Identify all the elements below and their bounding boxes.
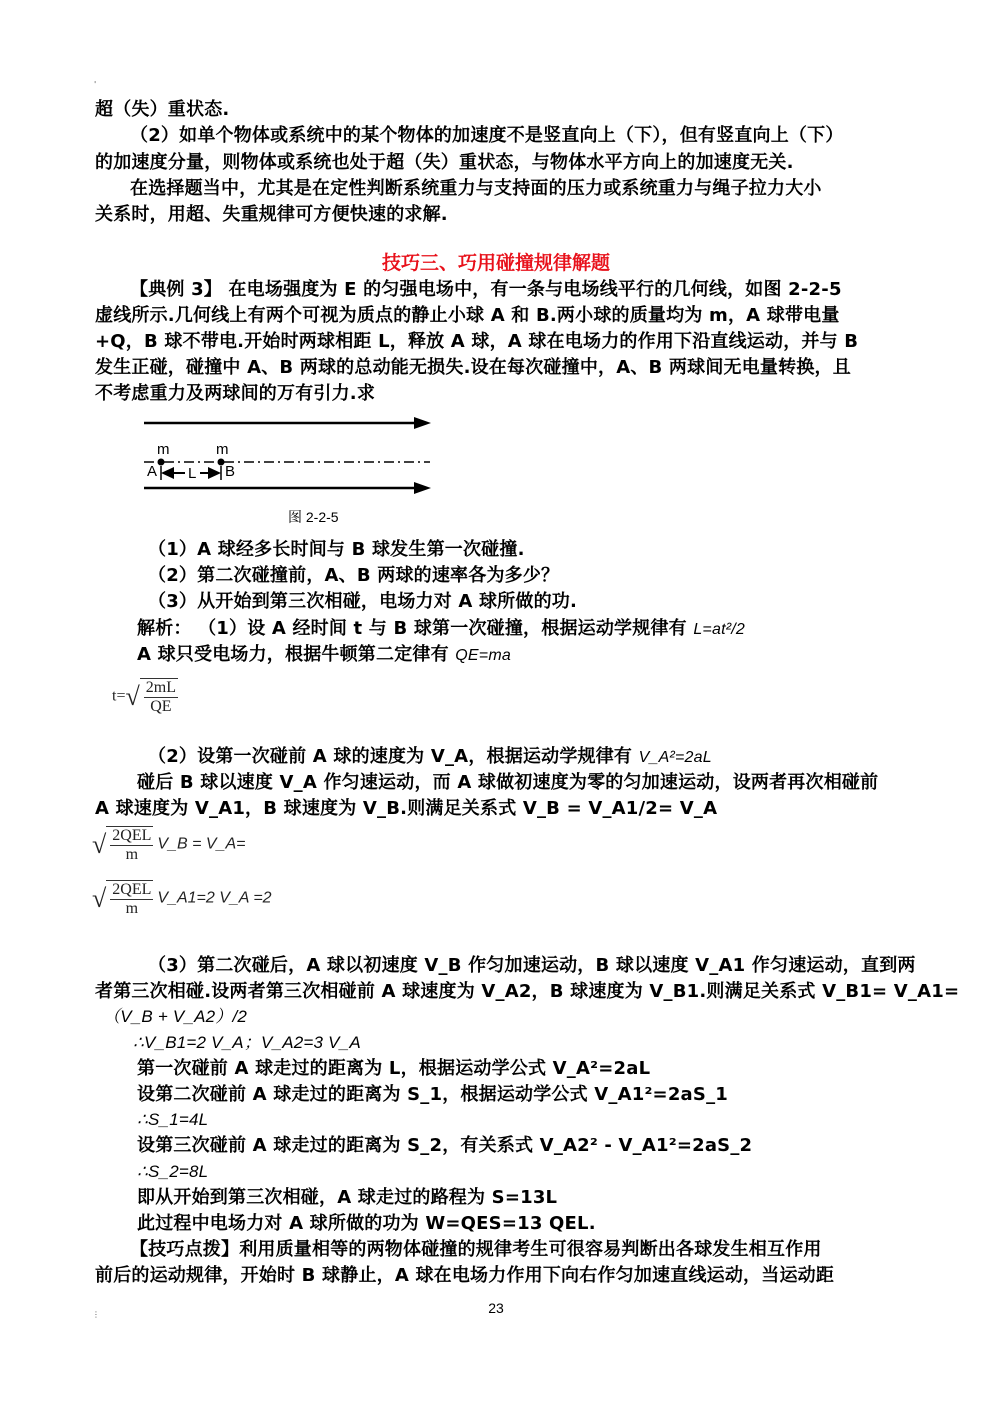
- solution-label: 解析：: [137, 618, 192, 639]
- solution-step-3-line8: 设第三次碰前 A 球走过的距离为 S_2，有关系式 V_A2² - V_A1²=…: [137, 1134, 752, 1158]
- fraction: 2QELm: [106, 880, 153, 918]
- document-page: ' 超（失）重状态. （2）如单个物体或系统中的某个物体的加速度不是竖直向上（下…: [0, 0, 992, 1402]
- intro-para3-line2: 关系时，用超、失重规律可方便快速的求解.: [95, 203, 448, 227]
- section-heading: 技巧三、巧用碰撞规律解题: [0, 251, 992, 275]
- solution-step-3-line3: （V_B + V_A2）/2: [103, 1005, 247, 1029]
- question-3: （3）从开始到第三次相碰，电场力对 A 球所做的功.: [148, 590, 577, 614]
- example-line-3: +Q，B 球不带电.开始时两球相距 L，释放 A 球，A 球在电场力的作用下沿直…: [95, 330, 858, 354]
- example-line-4: 发生正碰，碰撞中 A、B 两球的总动能无损失.设在每次碰撞中，A、B 两球间无电…: [95, 356, 851, 380]
- page-number: 23: [0, 1300, 992, 1316]
- solution-step-2b-line1: 碰后 B 球以速度 V_A 作匀速运动，而 A 球做初速度为零的匀加速运动，设两…: [137, 771, 878, 795]
- example-line-2: 虚线所示.几何线上有两个可视为质点的静止小球 A 和 B.两小球的质量均为 m，…: [95, 304, 840, 328]
- solution-step-3-line11: 此过程中电场力对 A 球所做的功为 W=QES=13 QEL.: [137, 1212, 596, 1236]
- point-label-b: B: [225, 463, 235, 480]
- solution-step-3-line2: 者第三次相碰.设两者第三次相碰前 A 球速度为 V_A2，B 球速度为 V_B1…: [95, 980, 959, 1004]
- solution-step-1b-text: A 球只受电场力，根据牛顿第二定律有: [137, 644, 449, 665]
- formula-va2-2al: V_A²=2aL: [639, 749, 712, 766]
- solution-step-2: （2）设第一次碰前 A 球的速度为 V_A，根据运动学规律有 V_A²=2aL: [148, 745, 712, 770]
- formula-qe-ma: QE=ma: [455, 647, 511, 664]
- sqrt-symbol: √: [125, 682, 139, 711]
- fraction-denominator: QE: [144, 698, 178, 716]
- solution-step-3-line6: 设第二次碰前 A 球走过的距离为 S_1，根据运动学公式 V_A1²=2aS_1: [137, 1083, 728, 1107]
- equation-vb-va: V_B = V_A=: [157, 836, 245, 853]
- solution-step-2b-line2: A 球速度为 V_A1，B 球速度为 V_B.则满足关系式 V_B = V_A1…: [95, 797, 717, 821]
- intro-para2-line2: 的加速度分量，则物体或系统也处于超（失）重状态，与物体水平方向上的加速度无关.: [95, 151, 794, 175]
- fraction: 2mLQE: [140, 678, 178, 716]
- example-line-5: 不考虑重力及两球间的万有引力.求: [95, 382, 375, 406]
- formula-vb-root: √2QELm V_B = V_A=: [92, 826, 245, 864]
- margin-mark: ⋮: [92, 1310, 100, 1319]
- figure-electric-field-diagram: [138, 412, 448, 502]
- fraction-denominator: m: [110, 846, 153, 864]
- formula-t-prefix: t=: [112, 688, 125, 705]
- fraction-denominator: m: [110, 900, 153, 918]
- example-label: 【典例 3】: [130, 279, 222, 300]
- question-1: （1）A 球经多长时间与 B 球发生第一次碰撞.: [148, 538, 525, 562]
- solution-step-2-text: （2）设第一次碰前 A 球的速度为 V_A，根据运动学规律有: [148, 746, 632, 767]
- distance-label: L: [188, 465, 196, 482]
- fraction-numerator: 2QEL: [110, 827, 153, 846]
- intro-para3-line1: 在选择题当中，尤其是在定性判断系统重力与支持面的压力或系统重力与绳子拉力大小: [130, 177, 822, 201]
- fraction: 2QELm: [106, 826, 153, 864]
- point-label-a: A: [147, 463, 157, 480]
- formula-va1-root: √2QELm V_A1=2 V_A =2: [92, 880, 272, 918]
- question-2: （2）第二次碰撞前，A、B 两球的速率各为多少？: [148, 564, 559, 588]
- example-text-1: 在电场强度为 E 的匀强电场中，有一条与电场线平行的几何线，如图 2-2-5: [228, 279, 841, 300]
- solution-step-1: 解析： （1）设 A 经时间 t 与 B 球第一次碰撞，根据运动学规律有 L=a…: [137, 617, 745, 642]
- formula-t-sqrt: t=√2mLQE: [112, 678, 178, 716]
- solution-step-1b: A 球只受电场力，根据牛顿第二定律有 QE=ma: [137, 643, 511, 668]
- fraction-numerator: 2QEL: [110, 881, 153, 900]
- example-line-1: 【典例 3】 在电场强度为 E 的匀强电场中，有一条与电场线平行的几何线，如图 …: [130, 278, 842, 302]
- fraction-numerator: 2mL: [144, 679, 178, 698]
- equation-va1: V_A1=2 V_A =2: [157, 890, 271, 907]
- solution-step-3-line4: ∴V_B1=2 V_A；V_A2=3 V_A: [133, 1031, 361, 1055]
- mass-label-b: m: [216, 441, 229, 458]
- tip-text-1: 利用质量相等的两物体碰撞的规律考生可很容易判断出各球发生相互作用: [239, 1239, 821, 1260]
- solution-step-3-line1: （3）第二次碰后，A 球以初速度 V_B 作匀加速运动，B 球以速度 V_A1 …: [148, 954, 916, 978]
- margin-mark: ': [94, 80, 96, 89]
- solution-step-1-text: （1）设 A 经时间 t 与 B 球第一次碰撞，根据运动学规律有: [198, 618, 687, 639]
- intro-line-1: 超（失）重状态.: [95, 98, 229, 122]
- formula-l-at2: L=at²/2: [693, 621, 745, 638]
- tip-label: 【技巧点拨】: [130, 1239, 239, 1260]
- solution-step-3-line10: 即从开始到第三次相碰，A 球走过的路程为 S=13L: [137, 1186, 557, 1210]
- tip-line-2: 前后的运动规律，开始时 B 球静止，A 球在电场力作用下向右作匀加速直线运动，当…: [95, 1264, 834, 1288]
- figure-caption: 图 2-2-5: [288, 507, 339, 527]
- sqrt-symbol: √: [92, 884, 106, 913]
- intro-para2-line1: （2）如单个物体或系统中的某个物体的加速度不是竖直向上（下），但有竖直向上（下）: [130, 124, 844, 148]
- solution-step-3-line9: ∴S_2=8L: [137, 1160, 208, 1184]
- solution-step-3-line5: 第一次碰前 A 球走过的距离为 L，根据运动学公式 V_A²=2aL: [137, 1057, 650, 1081]
- tip-line-1: 【技巧点拨】利用质量相等的两物体碰撞的规律考生可很容易判断出各球发生相互作用: [130, 1238, 822, 1262]
- mass-label-a: m: [157, 441, 170, 458]
- sqrt-symbol: √: [92, 830, 106, 859]
- solution-step-3-line7: ∴S_1=4L: [137, 1108, 208, 1132]
